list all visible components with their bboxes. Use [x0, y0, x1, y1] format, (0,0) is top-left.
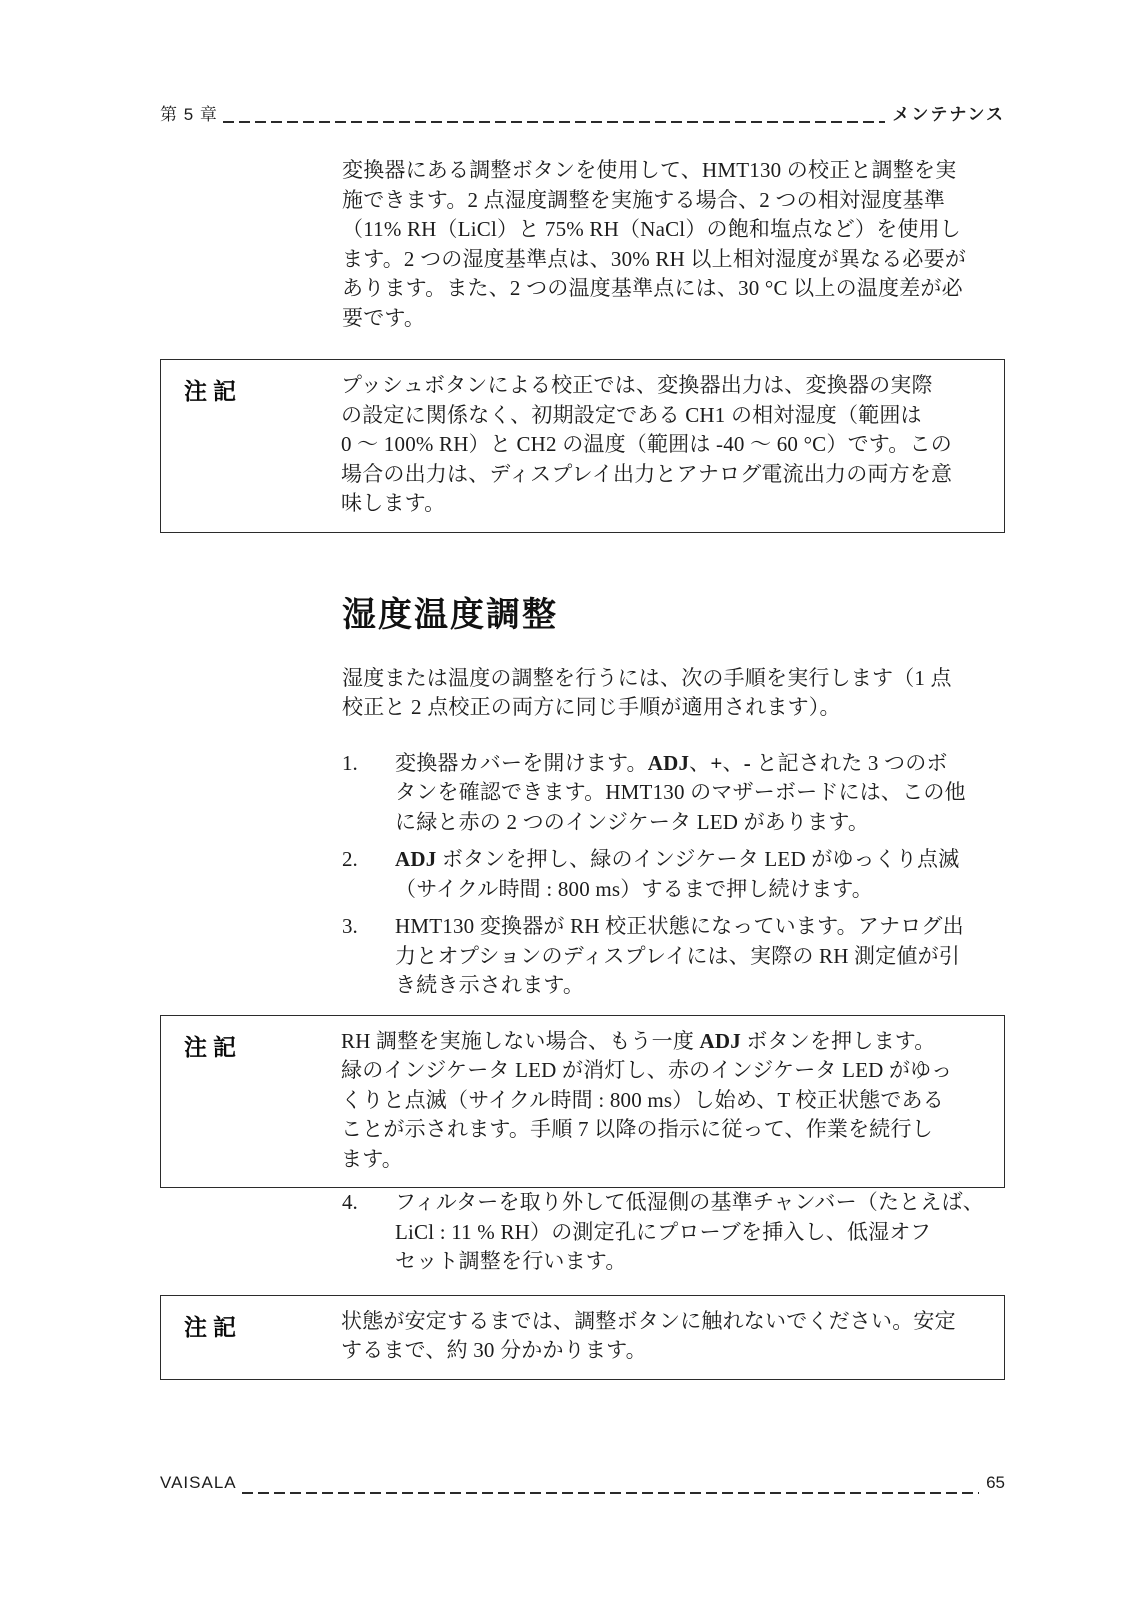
step-item-2: 2. ADJ ボタンを押し、緑のインジケータ LED がゆっくり点滅 （サイクル… — [342, 845, 1005, 904]
section-heading: 湿度温度調整 — [342, 587, 1005, 636]
content-column: 変換器にある調整ボタンを使用して、HMT130 の校正と調整を実 施できます。2… — [342, 126, 1005, 333]
step-text: ADJ ボタンを押し、緑のインジケータ LED がゆっくり点滅 （サイクル時間 … — [395, 845, 1005, 904]
step-text: フィルターを取り外して低湿側の基準チャンバー（たとえば、 LiCl : 11 %… — [395, 1188, 1005, 1277]
page-header: 第 5 章 メンテナンス — [160, 104, 1005, 126]
footer-dashed-rule — [242, 1492, 979, 1494]
page-footer: VAISALA 65 — [160, 1472, 1005, 1494]
note-label: 注記 — [161, 1307, 341, 1366]
step-text: HMT130 変換器が RH 校正状態になっています。アナログ出 力とオプション… — [395, 912, 1005, 1001]
footer-company-label: VAISALA — [160, 1472, 237, 1494]
step-number: 2. — [342, 845, 395, 904]
header-section-label: メンテナンス — [892, 104, 1005, 126]
note-text: RH 調整を実施しない場合、もう一度 ADJ ボタンを押します。 緑のインジケー… — [341, 1027, 990, 1175]
step-text: 変換器カバーを開けます。ADJ、+、- と記された 3 つのボ タンを確認できま… — [395, 749, 1005, 838]
step-item-3: 3. HMT130 変換器が RH 校正状態になっています。アナログ出 力とオプ… — [342, 912, 1005, 1001]
step-number: 3. — [342, 912, 395, 1001]
procedure-steps-list: 1. 変換器カバーを開けます。ADJ、+、- と記された 3 つのボ タンを確認… — [342, 749, 1005, 1001]
note-box-2: 注記 RH 調整を実施しない場合、もう一度 ADJ ボタンを押します。 緑のイン… — [160, 1015, 1005, 1189]
header-dashed-rule — [223, 121, 885, 123]
procedure-intro-paragraph: 湿度または温度の調整を行うには、次の手順を実行します（1 点 校正と 2 点校正… — [342, 664, 1005, 723]
note-text: プッシュボタンによる校正では、変換器出力は、変換器の実際 の設定に関係なく、初期… — [341, 371, 990, 519]
note-label: 注記 — [161, 371, 341, 519]
intro-paragraph: 変換器にある調整ボタンを使用して、HMT130 の校正と調整を実 施できます。2… — [342, 156, 1005, 333]
step-item-1: 1. 変換器カバーを開けます。ADJ、+、- と記された 3 つのボ タンを確認… — [342, 749, 1005, 838]
step-number: 4. — [342, 1188, 395, 1277]
note-text: 状態が安定するまでは、調整ボタンに触れないでください。安定 するまで、約 30 … — [341, 1307, 990, 1366]
note-box-1: 注記 プッシュボタンによる校正では、変換器出力は、変換器の実際 の設定に関係なく… — [160, 359, 1005, 533]
manual-page: 第 5 章 メンテナンス 変換器にある調整ボタンを使用して、HMT130 の校正… — [0, 0, 1132, 1600]
header-chapter-label: 第 5 章 — [160, 104, 218, 126]
content-column: 4. フィルターを取り外して低湿側の基準チャンバー（たとえば、 LiCl : 1… — [342, 1188, 1005, 1277]
step-number: 1. — [342, 749, 395, 838]
note-label: 注記 — [161, 1027, 341, 1175]
content-column: 湿度または温度の調整を行うには、次の手順を実行します（1 点 校正と 2 点校正… — [342, 636, 1005, 1001]
step-item-4: 4. フィルターを取り外して低湿側の基準チャンバー（たとえば、 LiCl : 1… — [342, 1188, 1005, 1277]
note-box-3: 注記 状態が安定するまでは、調整ボタンに触れないでください。安定 するまで、約 … — [160, 1295, 1005, 1380]
footer-page-number: 65 — [986, 1472, 1005, 1494]
